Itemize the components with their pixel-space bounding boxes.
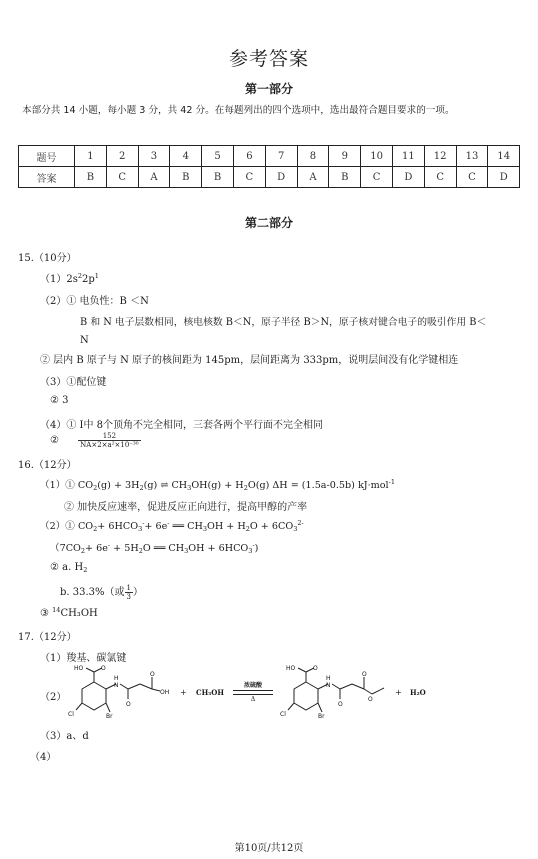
q-number: 1 bbox=[75, 146, 107, 167]
q-number: 10 bbox=[361, 146, 393, 167]
row-header-answer: 答案 bbox=[19, 167, 75, 188]
q-number: 3 bbox=[138, 146, 170, 167]
water-product: H₂O bbox=[410, 688, 426, 697]
q-answer: B bbox=[329, 167, 361, 188]
one-third-fraction: 13 bbox=[125, 584, 133, 601]
q-answer: A bbox=[138, 167, 170, 188]
q-answer: C bbox=[361, 167, 393, 188]
q16-p2-2b-suffix: ） bbox=[133, 587, 143, 598]
q16-p2-2b-text: b. 33.3%（或 bbox=[60, 587, 125, 598]
methanol-reagent: CH₃OH bbox=[196, 688, 224, 697]
q16-p2-2a: ② a. H2 bbox=[50, 562, 87, 574]
q-number: 5 bbox=[202, 146, 234, 167]
svg-text:Br: Br bbox=[106, 713, 113, 720]
q-answer: D bbox=[392, 167, 424, 188]
part1-intro: 本部分共 14 小题，每小题 3 分，共 42 分。在每题列出的四个选项中，选出… bbox=[22, 102, 455, 116]
q-number: 4 bbox=[170, 146, 202, 167]
q-number: 6 bbox=[233, 146, 265, 167]
answer-table: 题号 1 2 3 4 5 6 7 8 9 10 11 12 13 14 答案 B… bbox=[18, 145, 520, 188]
q16-p3-text: CH₃OH bbox=[60, 608, 97, 619]
plus-sign: + bbox=[395, 688, 402, 697]
svg-text:Cl: Cl bbox=[68, 711, 74, 718]
config-2p: 2p bbox=[82, 274, 95, 285]
part1-heading: 第一部分 bbox=[0, 80, 538, 97]
q16-p2-1-alt: （7CO2+ 6e- + 5H2O ══ CH3OH + 6HCO3-) bbox=[50, 540, 258, 555]
svg-text:Br: Br bbox=[318, 713, 325, 720]
fraction-denominator: NA×2×a²×10⁻³⁰ bbox=[78, 441, 140, 449]
q15-p2-1-expl-2: N bbox=[80, 335, 89, 346]
q17-p1: （1）羧基、碳氯键 bbox=[40, 649, 126, 664]
svg-text:O: O bbox=[150, 671, 155, 678]
reactant-structure-icon: HO O H N O O OH Cl Br bbox=[68, 664, 178, 724]
condition-catalyst: 浓硫酸 bbox=[233, 680, 273, 689]
q-number: 7 bbox=[265, 146, 297, 167]
number-row: 题号 1 2 3 4 5 6 7 8 9 10 11 12 13 14 bbox=[19, 146, 520, 167]
q15-p3-2: ② 3 bbox=[50, 395, 69, 406]
product-structure-icon: HO O H N O O O Cl Br bbox=[280, 664, 390, 724]
svg-text:OH: OH bbox=[160, 689, 169, 696]
svg-text:O: O bbox=[126, 701, 131, 708]
q15-label: 15.（10分） bbox=[18, 249, 77, 264]
q16-p2-2a-text: ② a. H bbox=[50, 562, 83, 573]
eq-prefix: （1）① CO bbox=[40, 480, 93, 491]
q15-p1-label: （1） bbox=[40, 274, 66, 285]
q17-label: 17.（12分） bbox=[18, 628, 77, 643]
q-answer: C bbox=[233, 167, 265, 188]
q-number: 12 bbox=[424, 146, 456, 167]
svg-text:H: H bbox=[114, 675, 119, 682]
q-answer: A bbox=[297, 167, 329, 188]
q-answer: C bbox=[424, 167, 456, 188]
q15-p3-1: （3）①配位键 bbox=[40, 373, 106, 388]
alt-prefix: （7CO bbox=[50, 543, 81, 554]
svg-text:N: N bbox=[114, 682, 119, 689]
label-ho: HO bbox=[74, 665, 84, 672]
q16-label: 16.（12分） bbox=[18, 456, 77, 471]
svg-text:Cl: Cl bbox=[280, 711, 286, 718]
q15-p4-2: ② 152 NA×2×a²×10⁻³⁰ bbox=[50, 432, 141, 449]
svg-text:O: O bbox=[362, 671, 367, 678]
svg-text:O: O bbox=[368, 696, 373, 703]
q15-p2-2: ② 层内 B 原子与 N 原子的核间距为 145pm，层间距离为 333pm，说… bbox=[40, 351, 458, 366]
q15-p4-1: （4）① I中 8个顶角不完全相同，三套各两个平行面不完全相同 bbox=[40, 416, 323, 431]
page-footer: 第10页/共12页 bbox=[0, 839, 538, 854]
q16-p1-1: （1）① CO2(g) + 3H2(g) ⇌ CH3OH(g) + H2O(g)… bbox=[40, 477, 395, 492]
q-number: 13 bbox=[456, 146, 488, 167]
q-number: 11 bbox=[392, 146, 424, 167]
svg-text:N: N bbox=[326, 682, 331, 689]
config-2s: 2s bbox=[66, 274, 78, 285]
q16-p2-1-prefix: （2）① bbox=[40, 521, 75, 532]
q-answer: B bbox=[170, 167, 202, 188]
q16-p2-1: （2）① CO2+ 6HCO3-+ 6e- ══ CH3OH + H2O + 6… bbox=[40, 518, 304, 533]
svg-text:H: H bbox=[326, 675, 331, 682]
q16-p2-2b: b. 33.3%（或13） bbox=[60, 583, 143, 601]
q-answer: C bbox=[456, 167, 488, 188]
q16-p3-prefix: ③ bbox=[40, 608, 49, 619]
condition-heat: Δ bbox=[233, 696, 273, 703]
q15-p2-1-expl-1: B 和 N 电子层数相同，核电核数 B＜N，原子半径 B＞N，原子核对键合电子的… bbox=[80, 314, 486, 328]
q16-p3: ③ 14CH₃OH bbox=[40, 606, 98, 619]
q-answer: C bbox=[106, 167, 138, 188]
q16-p1-2: ② 加快反应速率，促进反应正向进行，提高甲醇的产率 bbox=[64, 498, 307, 513]
q-number: 8 bbox=[297, 146, 329, 167]
equilibrium-arrow-icon: ⇌ bbox=[160, 480, 168, 491]
answer-row: 答案 B C A B B C D A B C D C C D bbox=[19, 167, 520, 188]
q-number: 2 bbox=[106, 146, 138, 167]
plus-sign: + bbox=[180, 688, 187, 697]
svg-text:O: O bbox=[338, 701, 343, 708]
fraction-numerator: 1 bbox=[125, 584, 133, 593]
q-answer: D bbox=[488, 167, 520, 188]
q17-p4: （4） bbox=[30, 748, 56, 763]
eq-enthalpy: (g) ΔH = (1.5a-0.5b) kJ·mol bbox=[256, 480, 389, 491]
svg-text:HO: HO bbox=[286, 665, 296, 672]
part2-heading: 第二部分 bbox=[0, 214, 538, 231]
q-answer: B bbox=[202, 167, 234, 188]
density-fraction: 152 NA×2×a²×10⁻³⁰ bbox=[78, 432, 140, 449]
fraction-numerator: 152 bbox=[78, 432, 140, 441]
q15-p1: （1）2s22p1 bbox=[40, 270, 99, 285]
q-answer: D bbox=[265, 167, 297, 188]
svg-text:O: O bbox=[313, 665, 318, 672]
config-2p-sup: 1 bbox=[95, 272, 99, 280]
q17-p3: （3）a、d bbox=[40, 727, 89, 742]
q15-p4-2-label: ② bbox=[50, 435, 59, 446]
page-title: 参考答案 bbox=[0, 44, 538, 71]
reversible-arrow-icon bbox=[233, 690, 273, 695]
q17-p2-label: （2） bbox=[40, 688, 66, 703]
row-header-number: 题号 bbox=[19, 146, 75, 167]
q15-p2-1: （2）① 电负性：B ＜N bbox=[40, 292, 149, 307]
fraction-denominator: 3 bbox=[125, 593, 133, 601]
svg-text:O: O bbox=[101, 665, 106, 672]
q-answer: B bbox=[75, 167, 107, 188]
q-number: 14 bbox=[488, 146, 520, 167]
q-number: 9 bbox=[329, 146, 361, 167]
